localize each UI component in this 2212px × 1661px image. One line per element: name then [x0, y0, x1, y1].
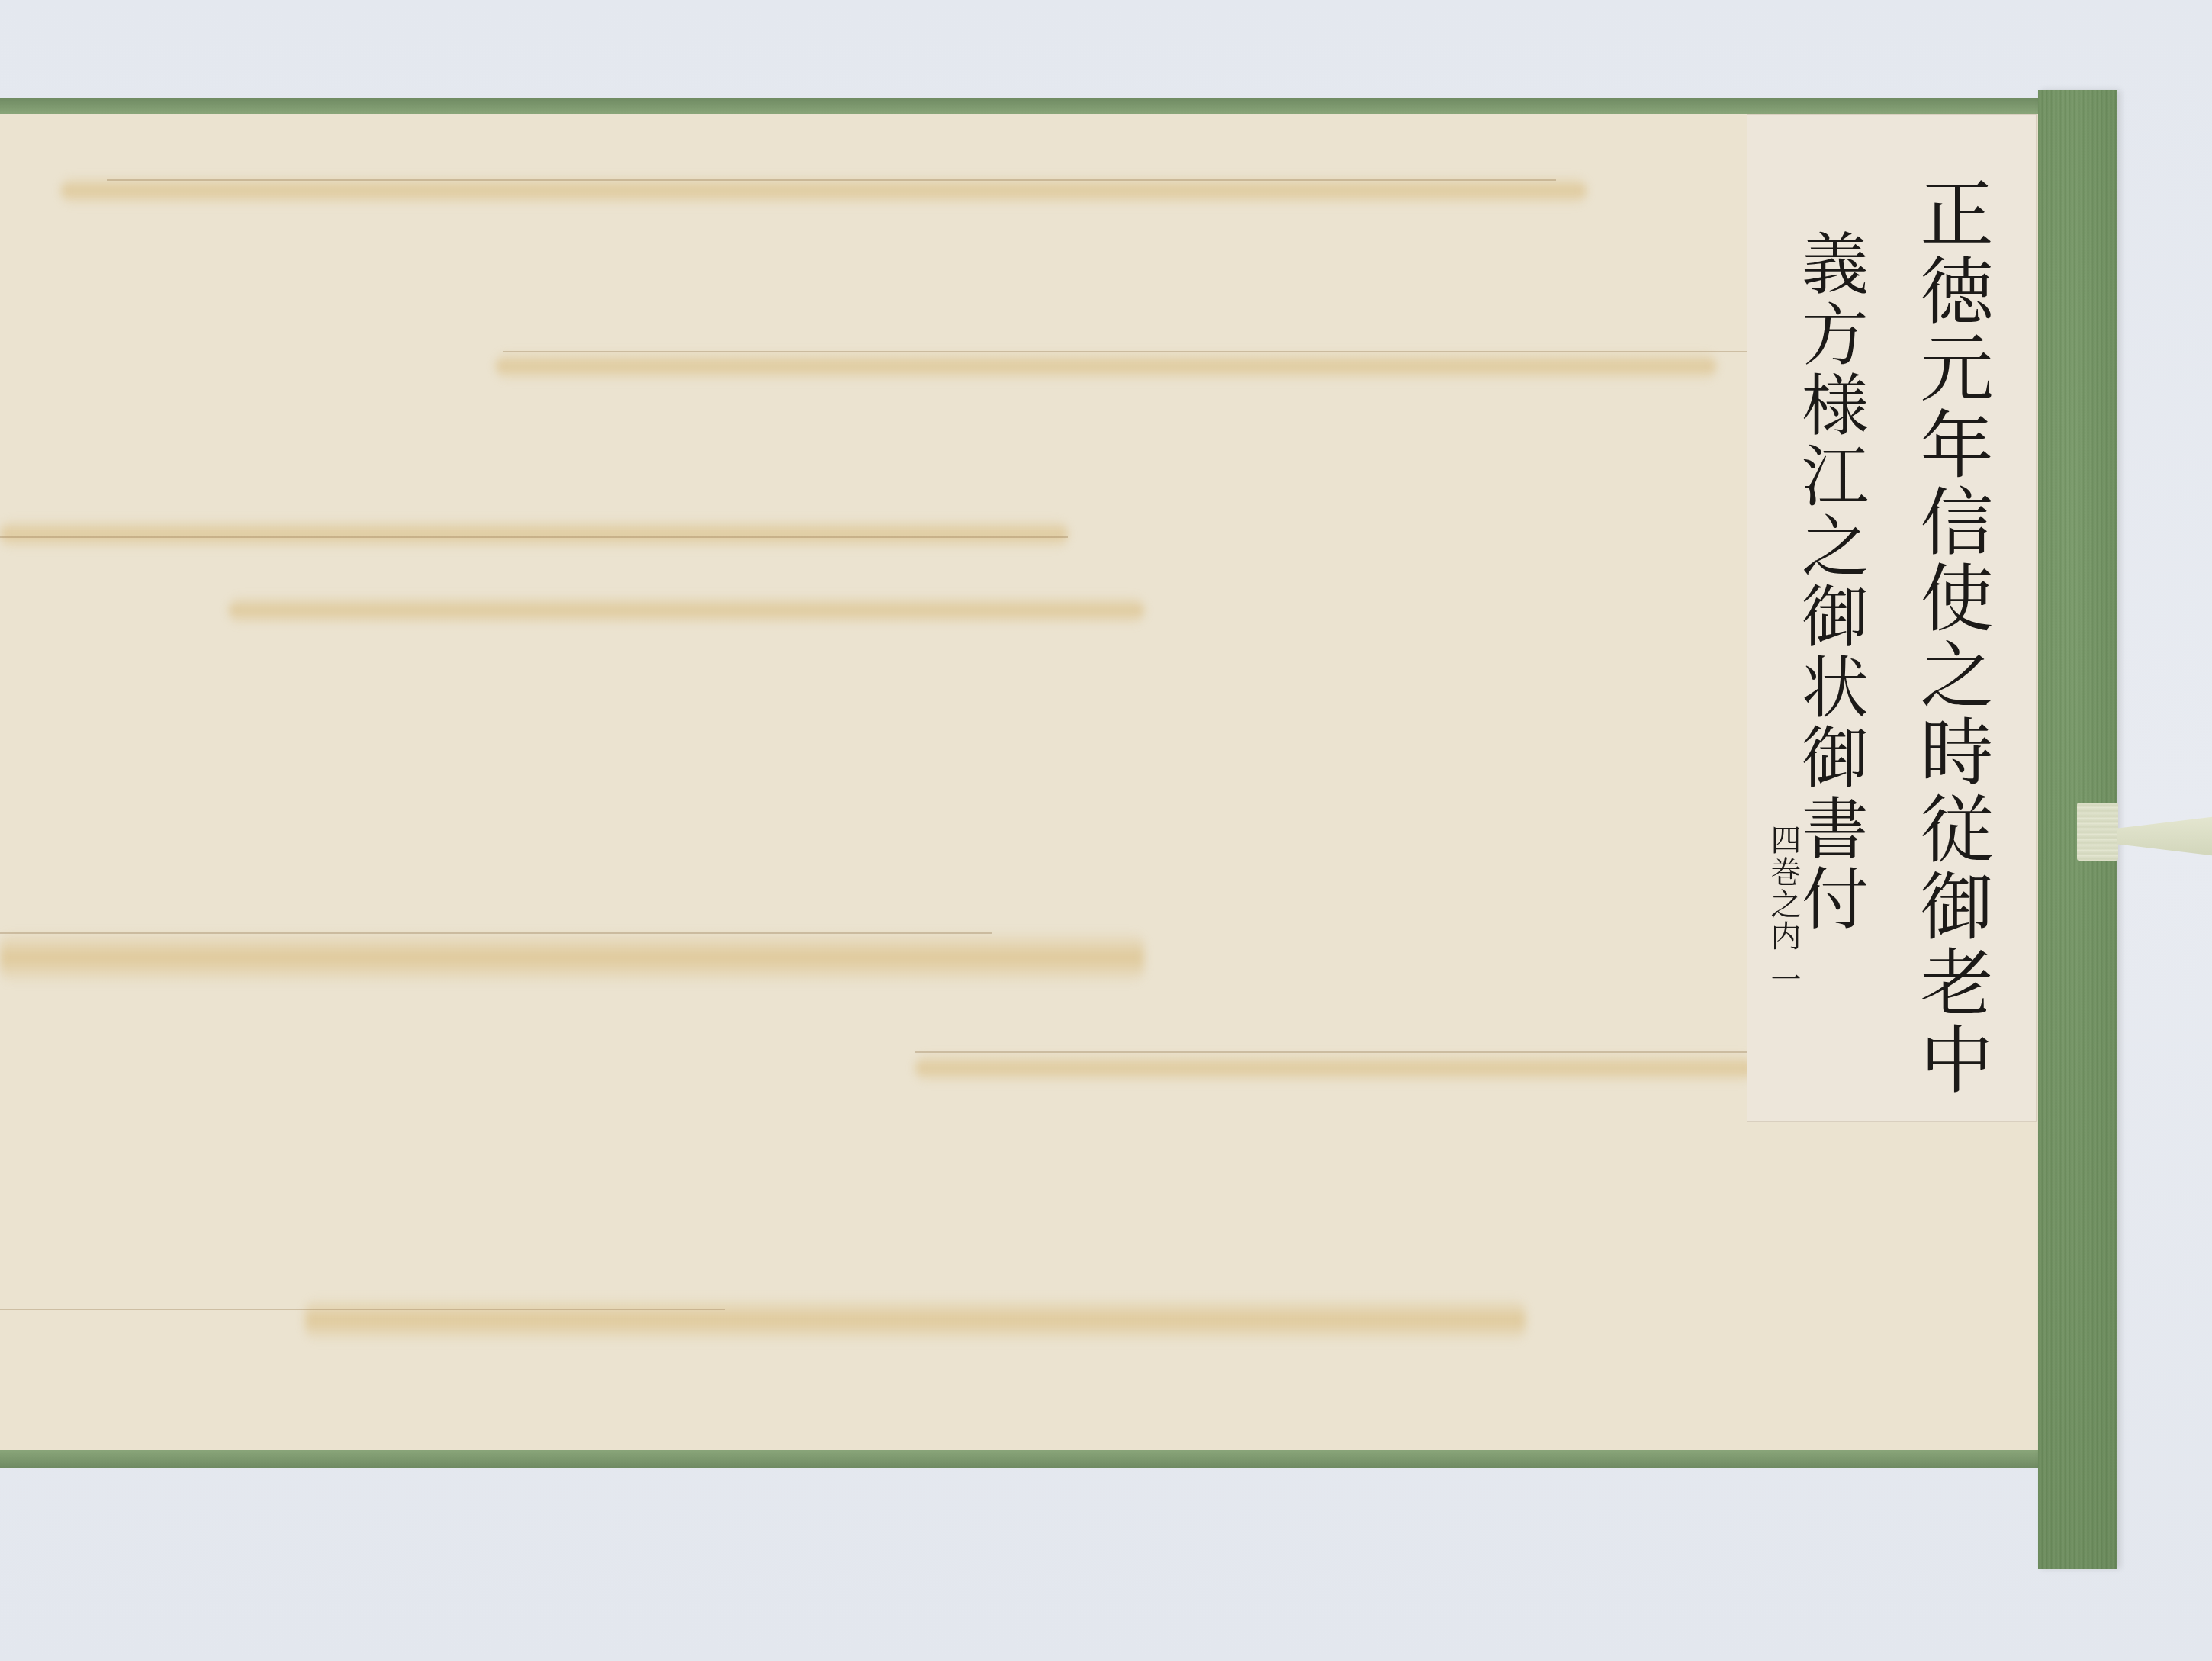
tie-cord-anchor	[2077, 803, 2118, 861]
crease-line	[915, 1051, 1754, 1053]
stain-band	[229, 595, 1144, 626]
title-column-1: 正徳元年信使之時従御老中	[1915, 175, 1988, 1099]
title-column-2: 義方様江之御状御書付	[1796, 229, 1863, 934]
tie-cord	[2117, 816, 2212, 856]
scroll-paper	[0, 107, 2038, 1457]
stain-band	[915, 1053, 1754, 1083]
crease-line	[0, 1309, 725, 1310]
crease-line	[503, 351, 1876, 352]
crease-line	[107, 179, 1556, 181]
silk-border-bottom	[0, 1450, 2038, 1468]
silk-border-top	[0, 98, 2038, 114]
crease-line	[0, 932, 992, 934]
stain-band	[305, 1297, 1526, 1343]
stain-band	[0, 931, 1144, 984]
stain-band	[496, 351, 1716, 381]
crease-line	[0, 536, 1068, 538]
stain-band	[0, 519, 1068, 549]
title-column-3: 四巻之内 一	[1768, 824, 1799, 996]
